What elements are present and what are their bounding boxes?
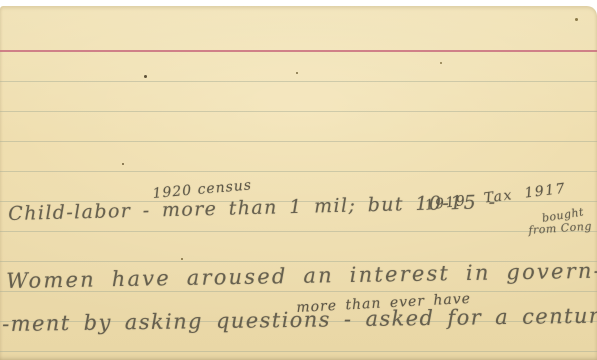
paper-speck <box>144 75 147 78</box>
paper-speck <box>575 18 578 21</box>
scanned-index-card: 1920 census Child-labor - more than 1 mi… <box>0 0 597 360</box>
paper-speck <box>440 62 442 64</box>
paper-speck <box>181 258 183 260</box>
paper-speck <box>296 72 298 74</box>
paper-speck <box>122 163 124 165</box>
index-card-paper: 1920 census Child-labor - more than 1 mi… <box>0 6 597 360</box>
